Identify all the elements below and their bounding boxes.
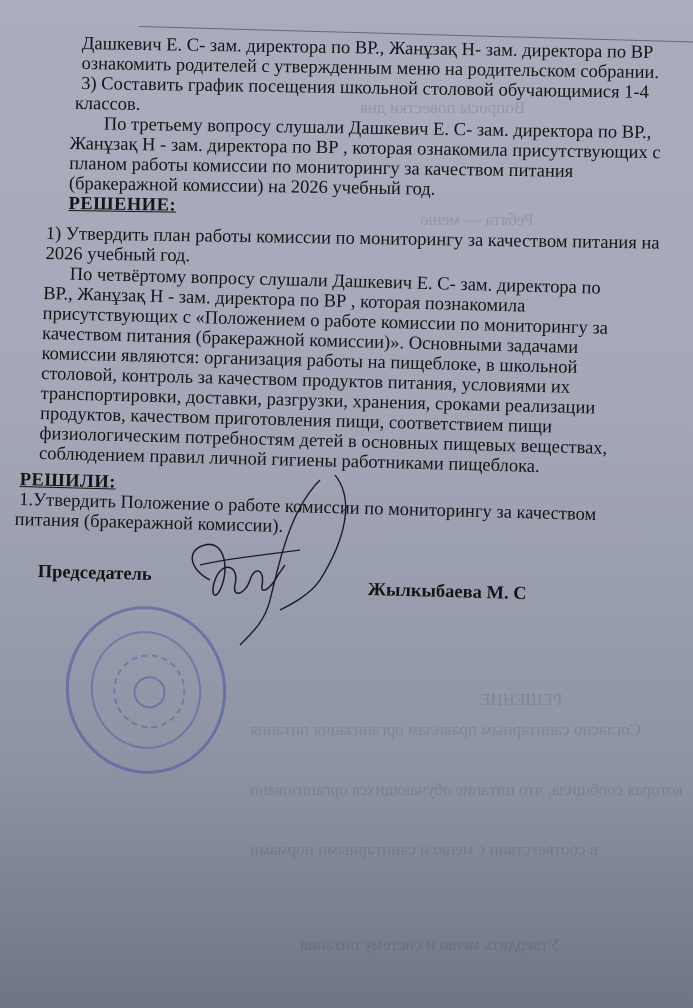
- paragraph-continuation: Дашкевич Е. С- зам. директора по ВР., Жа…: [81, 34, 660, 123]
- paragraph-third-question: По третьему вопросу слушали Дашкевич Е. …: [68, 114, 661, 223]
- chairman-label: Председатель: [37, 562, 151, 585]
- bleed-through-text: Согласно санитарным правилам организация…: [250, 720, 641, 740]
- bleed-through-text: РЕШЕНИЕ: [480, 690, 562, 710]
- signature-name: Жылкыбаева М. С: [367, 580, 526, 604]
- document-page: Вопросы повестки дня Ребята — меню РЕШЕН…: [0, 0, 693, 1008]
- handwritten-signature-icon: [170, 470, 370, 650]
- bleed-through-text: которая сообщила, что питание обучающихс…: [250, 780, 683, 800]
- signature-role: Председатель: [37, 562, 151, 585]
- paragraph-fourth-question: По четвёртому вопросу слушали Дашкевич Е…: [39, 264, 612, 479]
- chairman-name: Жылкыбаева М. С: [367, 580, 526, 604]
- bleed-through-text: Утвердить меню и систему питания: [300, 935, 560, 955]
- bleed-through-text: в соответствии с меню и санитарными норм…: [250, 840, 598, 860]
